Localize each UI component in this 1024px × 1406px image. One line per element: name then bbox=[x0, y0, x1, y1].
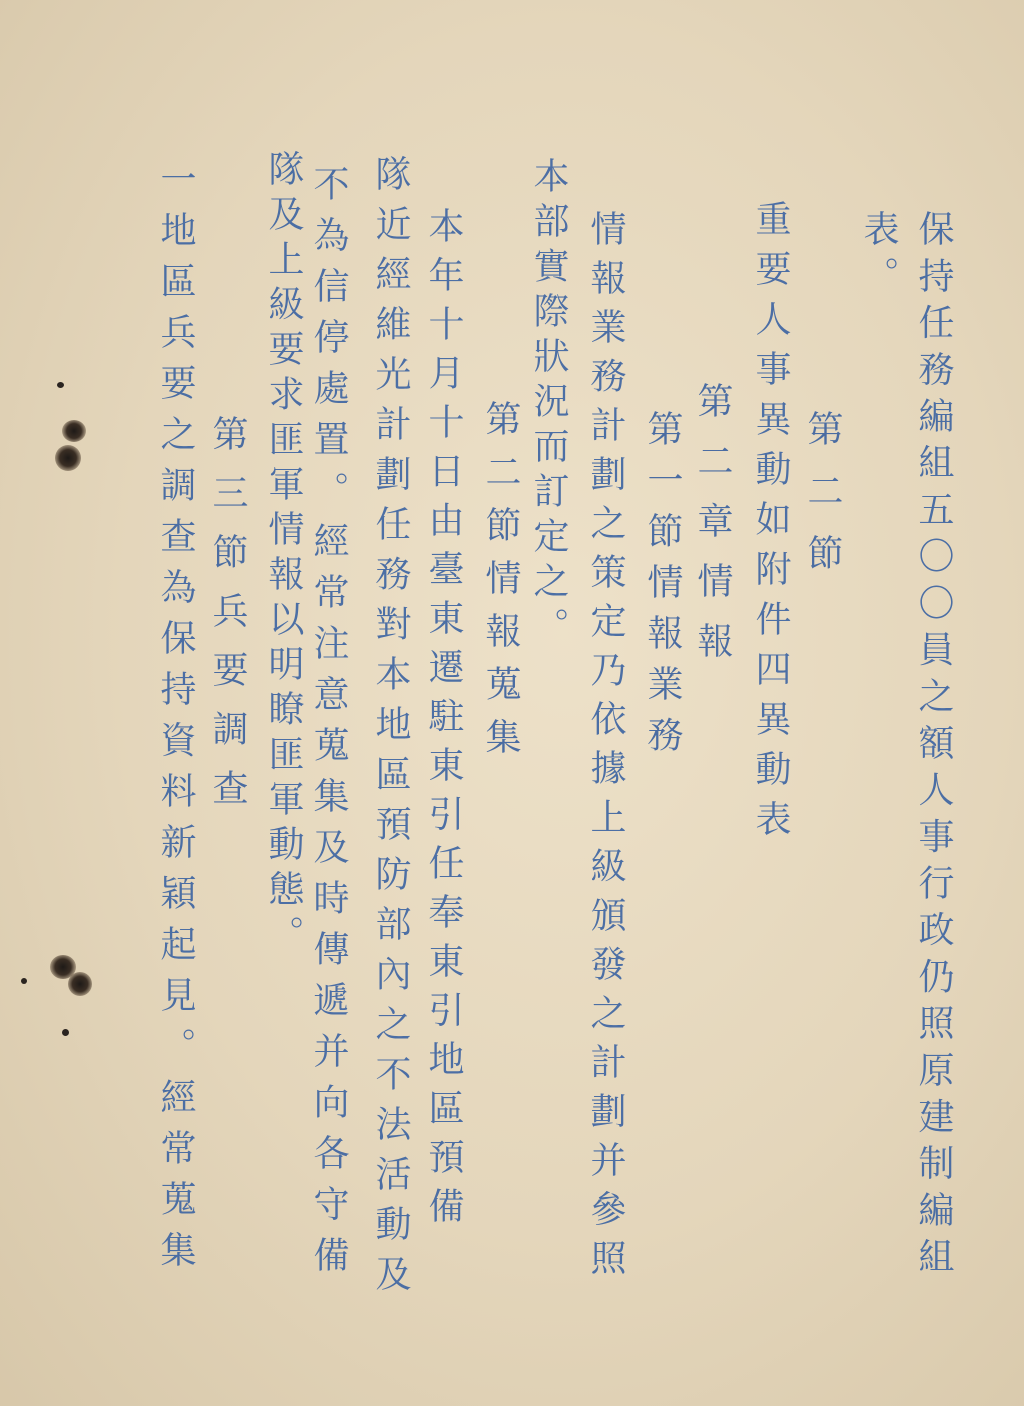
section-heading: 第二節 bbox=[804, 410, 840, 596]
ink-speck bbox=[57, 382, 64, 388]
body-text-column: 一地區兵要之調查為保持資料新穎起見。經常蒐集 bbox=[157, 160, 193, 1282]
section-heading: 第二節情報蒐集 bbox=[482, 400, 518, 771]
body-text-column: 情報業務計劃之策定乃依據上級頒發之計劃并參照 bbox=[587, 210, 623, 1288]
body-text-column: 隊近經維光計劃任務對本地區預防部內之不法活動及 bbox=[372, 155, 408, 1305]
body-text-column: 表。 bbox=[860, 210, 896, 302]
ink-blot bbox=[68, 972, 92, 996]
chapter-heading: 第二章情報 bbox=[694, 382, 730, 682]
section-heading: 第三節兵要調查 bbox=[209, 415, 245, 828]
body-text-column: 保持任務編組五〇〇員之額人事行政仍照原建制編組 bbox=[915, 210, 951, 1284]
section-heading: 第一節情報業務 bbox=[644, 410, 680, 767]
scanned-document-page: 保持任務編組五〇〇員之額人事行政仍照原建制編組 表。 第二節 重要人事異動如附件… bbox=[0, 0, 1024, 1406]
ink-blot bbox=[55, 445, 81, 471]
ink-blot bbox=[62, 420, 86, 442]
ink-speck bbox=[62, 1029, 69, 1036]
body-text-column: 重要人事異動如附件四異動表 bbox=[752, 200, 788, 850]
body-text-column: 不為信停處置。經常注意蒐集及時傳遞并向各守備 bbox=[310, 165, 346, 1287]
body-text-column: 隊及上級要求匪軍情報以明瞭匪軍動態。 bbox=[265, 150, 301, 960]
body-text-column: 本年十月十日由臺東遷駐東引任奉東引地區預備 bbox=[425, 207, 461, 1236]
ink-speck bbox=[21, 978, 27, 984]
body-text-column: 本部實際狀況而訂定之。 bbox=[530, 157, 566, 652]
